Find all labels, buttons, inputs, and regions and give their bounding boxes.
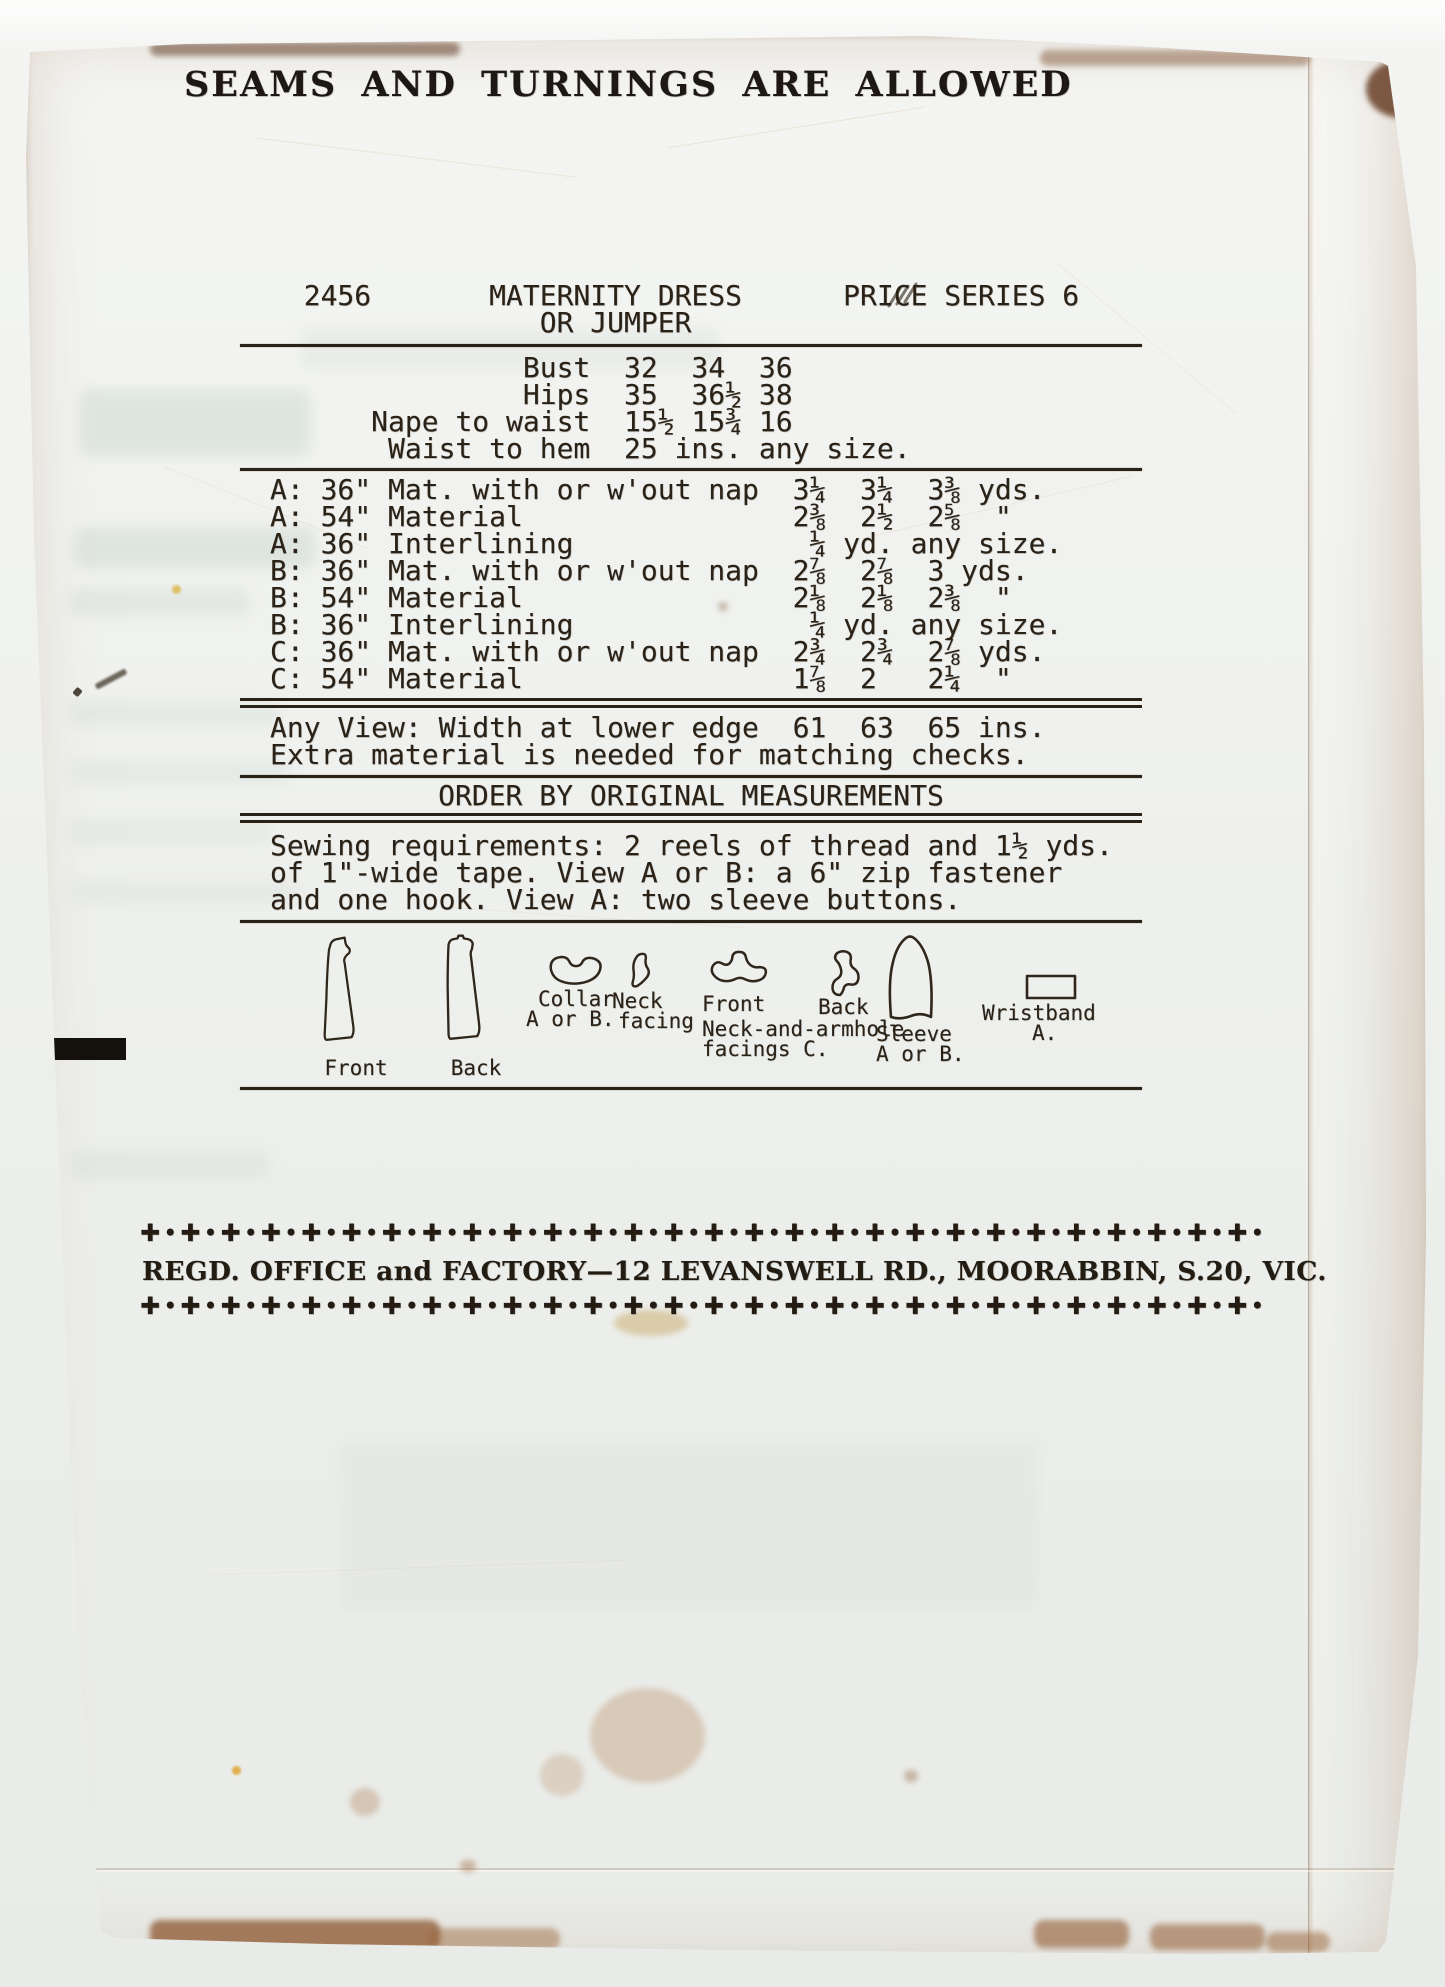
back-facing-piece: Back [818, 949, 882, 1017]
sleeve-label-line1: Sleeve [876, 1024, 976, 1044]
material-row: C: 36" Mat. with or w'out nap 2¾ 2¾ 2⅞ y… [240, 638, 1142, 665]
banner-headline: SEAMS AND TURNINGS ARE ALLOWED [184, 64, 1073, 105]
material-row: A: 36" Interlining ¼ yd. any size. [240, 530, 1142, 557]
rule [240, 344, 1142, 347]
stain [150, 1920, 440, 1950]
censor-mark [40, 1038, 126, 1060]
neck-facing-label-line1: Neck [612, 991, 702, 1011]
material-row: B: 54" Material 2⅛ 2⅛ 2⅜ " [240, 584, 1142, 611]
stain [1266, 1932, 1330, 1952]
material-row: B: 36" Mat. with or w'out nap 2⅞ 2⅞ 3 yd… [240, 557, 1142, 584]
sleeve-label-line2: A or B. [876, 1044, 976, 1064]
pattern-header-line2: OR JUMPER [240, 309, 1142, 336]
stain [1366, 60, 1438, 118]
rule [240, 468, 1142, 471]
stain [460, 1860, 476, 1872]
pattern-pieces-diagram: Front Back Collar A or B. Neck [240, 925, 1142, 1085]
size-row: Hips 35 36½ 38 [240, 381, 1142, 408]
sleeve-piece-icon [884, 933, 940, 1021]
pattern-envelope-back: SEAMS AND TURNINGS ARE ALLOWED 2456 MATE… [26, 36, 1428, 1960]
collar-piece-icon [546, 953, 606, 989]
bottom-fold-crease [26, 1868, 1428, 1872]
stain [1040, 50, 1310, 66]
footer-address-block: ✚•✚•✚•✚•✚•✚•✚•✚•✚•✚•✚•✚•✚•✚•✚•✚•✚•✚•✚•✚•… [140, 1218, 1268, 1323]
show-through [70, 1150, 270, 1180]
right-fold-flap [1308, 36, 1429, 1960]
front-facing-piece: Front [702, 949, 788, 1014]
rule [240, 1087, 1142, 1090]
smudge-mark [95, 668, 128, 689]
back-piece: Back [436, 926, 516, 1078]
back-facing-label: Back [818, 997, 882, 1017]
wristband-label-line1: Wristband [982, 1003, 1112, 1023]
stain [150, 42, 460, 56]
wristband-piece: Wristband A. [982, 973, 1112, 1043]
back-piece-icon [436, 926, 488, 1053]
stain [904, 1770, 918, 1782]
front-piece-label: Front [316, 1058, 396, 1078]
width-note-row: Extra material is needed for matching ch… [240, 741, 1142, 768]
stain [350, 1788, 380, 1816]
rule [240, 775, 1142, 778]
wristband-piece-icon [1024, 973, 1078, 1001]
front-piece: Front [316, 928, 396, 1078]
printed-panel: 2456 MATERNITY DRESS PRICE SERIES 6 OR J… [240, 282, 1142, 1090]
front-facing-piece-icon [708, 949, 772, 991]
factory-address: REGD. OFFICE and FACTORY—12 LEVANSWELL R… [140, 1250, 1268, 1291]
front-piece-icon [316, 928, 368, 1053]
stain [232, 1766, 241, 1775]
crease-line [667, 106, 924, 149]
material-row: B: 36" Interlining ¼ yd. any size. [240, 611, 1142, 638]
double-rule [240, 813, 1142, 823]
size-row: Bust 32 34 36 [240, 354, 1142, 381]
stain [1034, 1920, 1129, 1948]
size-row: Nape to waist 15½ 15¾ 16 [240, 408, 1142, 435]
stain [430, 1928, 560, 1950]
show-through [340, 1440, 1040, 1610]
sleeve-piece: Sleeve A or B. [876, 933, 976, 1064]
order-note: ORDER BY ORIGINAL MEASUREMENTS [240, 782, 1142, 809]
width-note-row: Any View: Width at lower edge 61 63 65 i… [240, 714, 1142, 741]
ink-dot [72, 687, 83, 698]
size-row: Waist to hem 25 ins. any size. [240, 435, 1142, 462]
stain [172, 585, 181, 594]
sewing-note-row: of 1"-wide tape. View A or B: a 6" zip f… [240, 859, 1142, 886]
neck-facing-label-line2: facing [612, 1011, 702, 1031]
back-facing-piece-icon [822, 949, 866, 997]
neck-facing-piece: Neck facing [612, 951, 702, 1031]
collar-piece: Collar A or B. [526, 953, 626, 1029]
material-row: C: 54" Material 1⅞ 2 2¼ " [240, 665, 1142, 692]
material-row: A: 54" Material 2⅜ 2½ 2⅝ " [240, 503, 1142, 530]
sewing-note-row: and one hook. View A: two sleeve buttons… [240, 886, 1142, 913]
wristband-label-line2: A. [982, 1023, 1112, 1043]
neck-facing-piece-icon [628, 951, 656, 991]
front-facing-label: Front [702, 994, 788, 1014]
back-piece-label: Back [436, 1058, 516, 1078]
collar-piece-label-line1: Collar [526, 989, 626, 1009]
show-through [70, 588, 250, 616]
stain [1150, 1924, 1265, 1950]
pattern-header-line1: 2456 MATERNITY DRESS PRICE SERIES 6 [240, 282, 1142, 309]
crease-line [257, 137, 575, 178]
stain [590, 1688, 705, 1783]
collar-piece-label-line2: A or B. [526, 1009, 626, 1029]
sewing-note-row: Sewing requirements: 2 reels of thread a… [240, 832, 1142, 859]
stain [540, 1754, 584, 1796]
double-rule [240, 698, 1142, 708]
ornament-border-top: ✚•✚•✚•✚•✚•✚•✚•✚•✚•✚•✚•✚•✚•✚•✚•✚•✚•✚•✚•✚•… [140, 1218, 1268, 1250]
rule [240, 920, 1142, 923]
material-row: A: 36" Mat. with or w'out nap 3¼ 3¼ 3⅜ y… [240, 476, 1142, 503]
ornament-border-bottom: ✚•✚•✚•✚•✚•✚•✚•✚•✚•✚•✚•✚•✚•✚•✚•✚•✚•✚•✚•✚•… [140, 1291, 1268, 1323]
